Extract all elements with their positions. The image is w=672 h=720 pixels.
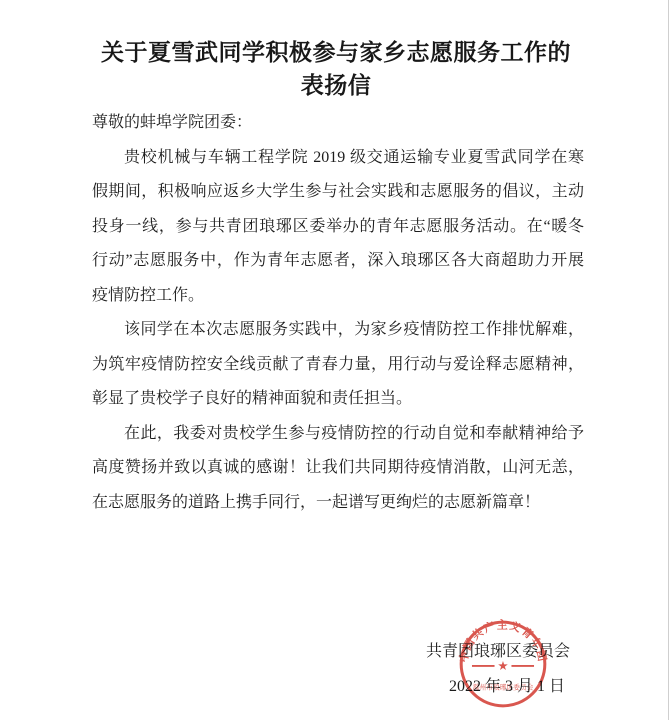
salutation: 尊敬的蚌埠学院团委： <box>92 106 584 141</box>
letter-title-line1: 关于夏雪武同学积极参与家乡志愿服务工作的 <box>56 36 616 69</box>
paragraph-line: 在此，我委对贵校学生参与疫情防控的行动自觉和奉献精神给予 <box>92 417 584 452</box>
paragraph-line: 贵校机械与车辆工程学院 2019 级交通运输专业夏雪武同学在寒 <box>92 141 584 176</box>
paragraph-line: 行动”志愿服务中，作为青年志愿者，深入琅琊区各大商超助力开展 <box>92 244 584 279</box>
signature-org: 共青团琅琊区委员会 <box>426 634 570 669</box>
paragraph-line: 彰显了贵校学子良好的精神面貌和责任担当。 <box>92 382 584 417</box>
paragraph-line: 假期间，积极响应返乡大学生参与社会实践和志愿服务的倡议，主动 <box>92 175 584 210</box>
paragraph-line: 该同学在本次志愿服务实践中，为家乡疫情防控工作排忧解难， <box>92 313 584 348</box>
page-right-edge-line <box>668 0 669 720</box>
paragraph-line: 为筑牢疫情防控安全线贡献了青春力量，用行动与爱诠释志愿精神， <box>92 348 584 383</box>
letter-page: 关于夏雪武同学积极参与家乡志愿服务工作的 表扬信 尊敬的蚌埠学院团委： 贵校机械… <box>0 0 672 720</box>
paragraph-line: 疫情防控工作。 <box>92 279 584 314</box>
signature-date: 2022 年 3 月 1 日 <box>426 669 570 704</box>
letter-title: 关于夏雪武同学积极参与家乡志愿服务工作的 表扬信 <box>56 36 616 102</box>
signature-block: 共青团琅琊区委员会 2022 年 3 月 1 日 <box>426 634 570 704</box>
paragraph-line: 高度赞扬并致以真诚的感谢！让我们共同期待疫情消散，山河无恙， <box>92 451 584 486</box>
paragraph-line: 投身一线，参与共青团琅琊区委举办的青年志愿服务活动。在“暖冬 <box>92 210 584 245</box>
letter-body: 尊敬的蚌埠学院团委： 贵校机械与车辆工程学院 2019 级交通运输专业夏雪武同学… <box>92 106 584 520</box>
paragraph-line: 在志愿服务的道路上携手同行，一起谱写更绚烂的志愿新篇章！ <box>92 486 584 521</box>
letter-title-line2: 表扬信 <box>56 69 616 102</box>
